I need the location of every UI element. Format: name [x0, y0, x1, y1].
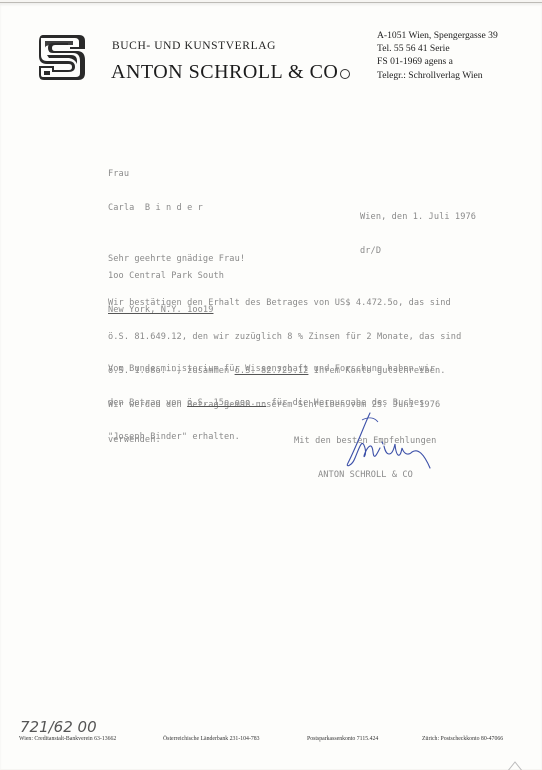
- contact-telegram: Telegr.: Schrollverlag Wien: [377, 69, 498, 82]
- footer-bank-laenderbank: Österreichische Länderbank 231-104-783: [163, 736, 260, 742]
- recipient-title: Frau: [108, 169, 224, 180]
- greeting: Sehr geehrte gnädige Frau!: [108, 254, 245, 265]
- publisher-logo-s-icon: [35, 30, 89, 84]
- reference-initials: dr/D: [360, 246, 476, 257]
- grant-amount: ö.S. 15o.ooo.--: [187, 398, 266, 408]
- folded-corner-mark: [505, 759, 525, 770]
- publisher-name: ANTON SCHROLL & CO: [111, 61, 338, 84]
- paragraph-line: Vom Bundesministerium für Wissenschaft u…: [108, 364, 435, 375]
- pencil-file-note: 721/62 00: [20, 712, 100, 738]
- contact-phone: Tel. 55 56 41 Serie: [377, 42, 498, 55]
- contact-address: A-1051 Wien, Spengergasse 39: [377, 29, 498, 42]
- footer-postsparkasse: Postsparkassenkonto 7115.424: [307, 736, 378, 742]
- svg-text:721/62 00: 721/62 00: [20, 718, 97, 736]
- footer-zurich-postscheck: Zürich: Postscheckkonto 80-47066: [422, 736, 503, 742]
- recipient-name: Carla B i n d e r: [108, 203, 224, 214]
- dateline: Wien, den 1. Juli 1976 dr/D: [360, 189, 476, 280]
- place-date: Wien, den 1. Juli 1976: [360, 212, 476, 223]
- publisher-tagline: BUCH- UND KUNSTVERLAG: [112, 40, 276, 52]
- letter-page: BUCH- UND KUNSTVERLAG ANTON SCHROLL & CO…: [0, 2, 542, 769]
- text: für die Herausgabe des Buches: [266, 398, 424, 408]
- text: den Betrag von: [108, 398, 187, 408]
- punch-hole-mark: [340, 69, 350, 79]
- publisher-contact-block: A-1051 Wien, Spengergasse 39 Tel. 55 56 …: [377, 29, 498, 82]
- footer-bank-creditanstalt: Wien: Creditanstalt-Bankverein 63-13662: [19, 736, 116, 742]
- paragraph-line: Wir bestätigen den Erhalt des Betrages v…: [108, 298, 461, 309]
- handwritten-signature: [340, 408, 440, 476]
- contact-telex: FS 01-1969 agens a: [377, 55, 498, 68]
